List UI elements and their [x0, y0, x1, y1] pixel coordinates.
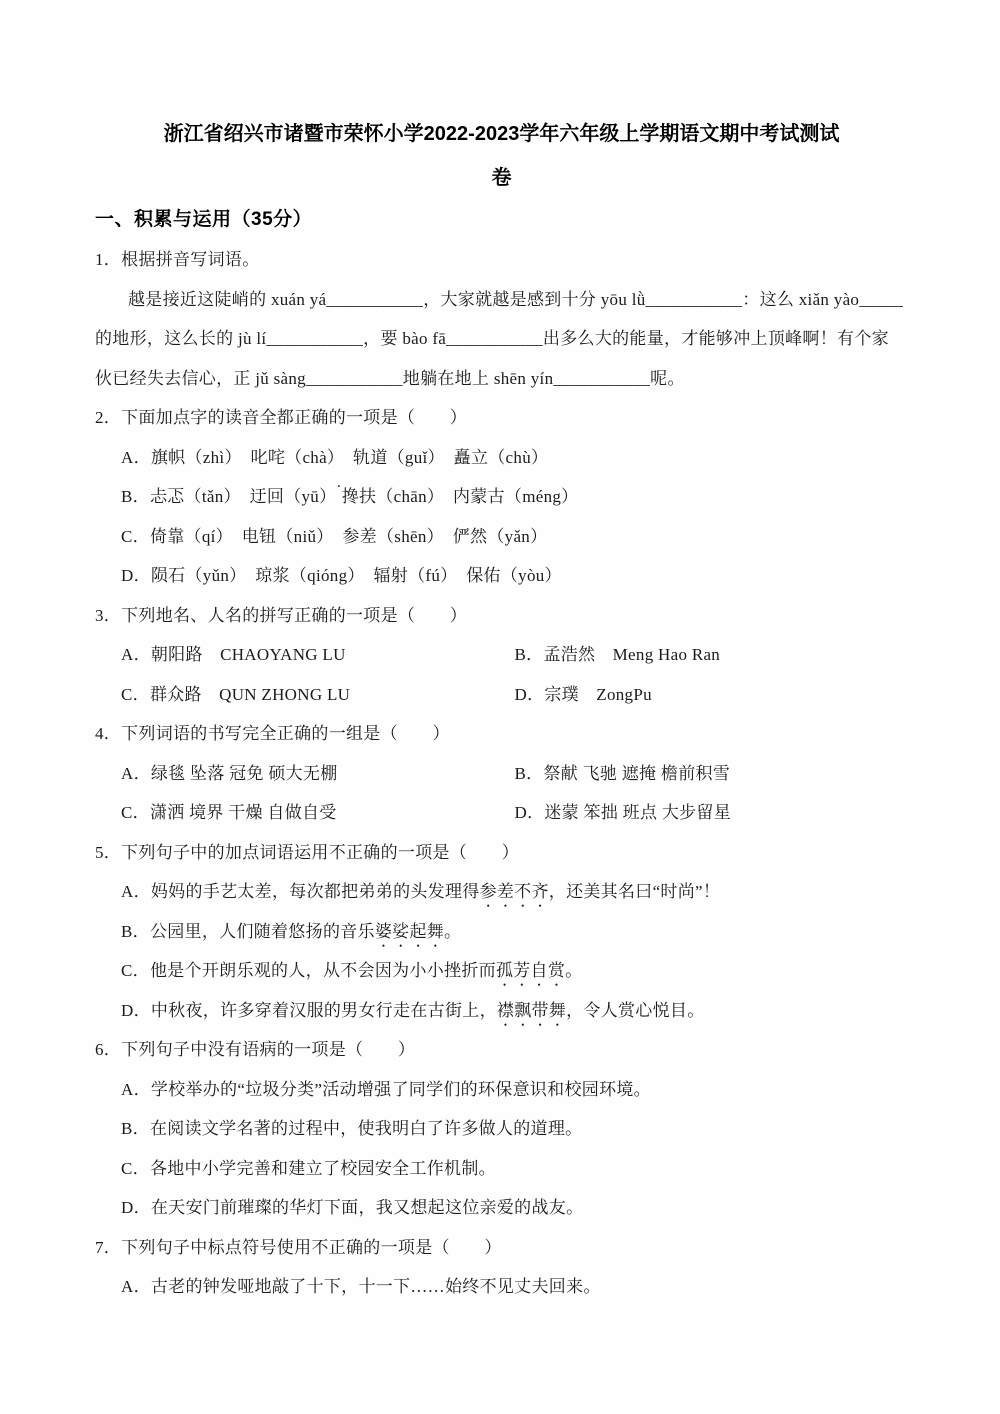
question-3: 3．下列地名、人名的拼写正确的一项是（ ） A．朝阳路 CHAOYANG LU … [95, 596, 908, 715]
q1-stem: 1．根据拼音写词语。 [95, 240, 908, 280]
q3-option-c: C．群众路 QUN ZHONG LU [121, 675, 515, 715]
q2-option-d: D．陨石（yǔn） 琼浆（qióng） 辐射（fú） 保佑（yòu） [95, 556, 908, 596]
q6-stem: 6．下列句子中没有语病的一项是（ ） [95, 1030, 908, 1070]
q4-option-a: A．绿毯 坠落 冠免 硕大无棚 [121, 754, 515, 794]
q3-option-b: B．孟浩然 Meng Hao Ran [515, 635, 909, 675]
q6-option-d: D．在天安门前璀璨的华灯下面，我又想起这位亲爱的战友。 [95, 1188, 908, 1228]
q5-option-c: C．他是个开朗乐观的人，从不会因为小小挫折而孤芳自赏。 [95, 951, 908, 991]
q4-option-row2: C．潇洒 境界 干燥 自做自受 D．迷蒙 笨拙 班点 大步留星 [95, 793, 908, 833]
page-title: 浙江省绍兴市诸暨市荣怀小学2022-2023学年六年级上学期语文期中考试测试 卷 [95, 112, 908, 200]
question-4: 4．下列词语的书写完全正确的一组是（ ） A．绿毯 坠落 冠免 硕大无棚 B．祭… [95, 714, 908, 833]
q1-paragraph-line2: 的地形，这么长的 jù lí___________，要 bào fā______… [95, 319, 908, 359]
q5-option-b-text: B．公园里，人们随着悠扬的音乐 [121, 922, 375, 941]
question-1: 1．根据拼音写词语。 越是接近这陡峭的 xuán yá___________，大… [95, 240, 908, 398]
q5-option-c-emphasized-word: 孤芳自赏 [496, 961, 565, 980]
q4-option-d: D．迷蒙 笨拙 班点 大步留星 [515, 793, 909, 833]
q5-option-c-text2: 。 [565, 961, 582, 980]
q3-option-row1: A．朝阳路 CHAOYANG LU B．孟浩然 Meng Hao Ran [95, 635, 908, 675]
question-5: 5．下列句子中的加点词语运用不正确的一项是（ ） A．妈妈的手艺太差，每次都把弟… [95, 833, 908, 1031]
q5-option-d-text: D．中秋夜，许多穿着汉服的男女行走在古街上， [121, 1001, 497, 1020]
q5-option-d-text2: ，令人赏心悦目。 [566, 1001, 704, 1020]
q5-stem: 5．下列句子中的加点词语运用不正确的一项是（ ） [95, 833, 908, 873]
q5-option-b-emphasized-word: 婆娑起舞 [375, 922, 444, 941]
q4-stem: 4．下列词语的书写完全正确的一组是（ ） [95, 714, 908, 754]
q4-option-row1: A．绿毯 坠落 冠免 硕大无棚 B．祭献 飞驰 遮掩 檐前积雪 [95, 754, 908, 794]
question-6: 6．下列句子中没有语病的一项是（ ） A．学校举办的“垃圾分类”活动增强了同学们… [95, 1030, 908, 1228]
q5-option-b: B．公园里，人们随着悠扬的音乐婆娑起舞。 [95, 912, 908, 952]
q3-option-d: D．宗璞 ZongPu [515, 675, 909, 715]
q5-option-a: A．妈妈的手艺太差，每次都把弟弟的头发理得参差不齐，还美其名曰“时尚”！ [95, 872, 908, 912]
q2-option-b: B．忐忑（tǎn） 迂回（yū）·搀扶（chān） 内蒙古（méng） [95, 477, 908, 517]
q5-option-a-text: A．妈妈的手艺太差，每次都把弟弟的头发理得 [121, 882, 480, 901]
q3-option-a: A．朝阳路 CHAOYANG LU [121, 635, 515, 675]
q5-option-d-emphasized-word: 襟飘带舞 [497, 1001, 566, 1020]
q2-option-a: A．旗帜（zhì） 叱咤（chà） 轨道（guǐ） 矗立（chù） [95, 438, 908, 478]
question-7: 7．下列句子中标点符号使用不正确的一项是（ ） A．古老的钟发哑地敲了十下，十一… [95, 1228, 908, 1307]
q5-option-c-text: C．他是个开朗乐观的人，从不会因为小小挫折而 [121, 961, 496, 980]
page-title-line1: 浙江省绍兴市诸暨市荣怀小学2022-2023学年六年级上学期语文期中考试测试 [95, 112, 908, 156]
q7-option-a: A．古老的钟发哑地敲了十下，十一下……始终不见丈夫回来。 [95, 1267, 908, 1307]
q2-option-c: C．倚靠（qí） 电钮（niǔ） 参差（shēn） 俨然（yǎn） [95, 517, 908, 557]
q6-option-c: C．各地中小学完善和建立了校园安全工作机制。 [95, 1149, 908, 1189]
q7-stem: 7．下列句子中标点符号使用不正确的一项是（ ） [95, 1228, 908, 1268]
q5-option-d: D．中秋夜，许多穿着汉服的男女行走在古街上，襟飘带舞，令人赏心悦目。 [95, 991, 908, 1031]
q2-stem: 2．下面加点字的读音全都正确的一项是（ ） [95, 398, 908, 438]
q5-option-a-text2: ，还美其名曰“时尚”！ [549, 882, 720, 901]
document-page: 浙江省绍兴市诸暨市荣怀小学2022-2023学年六年级上学期语文期中考试测试 卷… [0, 0, 1000, 1414]
q1-paragraph-line3: 伙已经失去信心，正 jǔ sàng___________地躺在地上 shēn y… [95, 359, 908, 399]
exam-content: 1．根据拼音写词语。 越是接近这陡峭的 xuán yá___________，大… [95, 240, 908, 1307]
question-2: 2．下面加点字的读音全都正确的一项是（ ） A．旗帜（zhì） 叱咤（chà） … [95, 398, 908, 596]
q3-option-row2: C．群众路 QUN ZHONG LU D．宗璞 ZongPu [95, 675, 908, 715]
q2-option-b-text: B．忐忑（tǎn） 迂回（yū） [121, 487, 336, 506]
q6-option-a: A．学校举办的“垃圾分类”活动增强了同学们的环保意识和校园环境。 [95, 1070, 908, 1110]
section-heading: 一、积累与运用（35分） [95, 200, 908, 240]
q4-option-b: B．祭献 飞驰 遮掩 檐前积雪 [515, 754, 909, 794]
q5-option-b-text2: 。 [444, 922, 461, 941]
q1-paragraph-line1: 越是接近这陡峭的 xuán yá___________，大家就越是感到十分 yō… [95, 280, 908, 320]
q2-option-b-text2: 搀扶（chān） 内蒙古（méng） [342, 487, 579, 506]
page-title-line2: 卷 [95, 156, 908, 200]
q5-option-a-emphasized-word: 参差不齐 [480, 882, 549, 901]
q3-stem: 3．下列地名、人名的拼写正确的一项是（ ） [95, 596, 908, 636]
q4-option-c: C．潇洒 境界 干燥 自做自受 [121, 793, 515, 833]
q6-option-b: B．在阅读文学名著的过程中，使我明白了许多做人的道理。 [95, 1109, 908, 1149]
